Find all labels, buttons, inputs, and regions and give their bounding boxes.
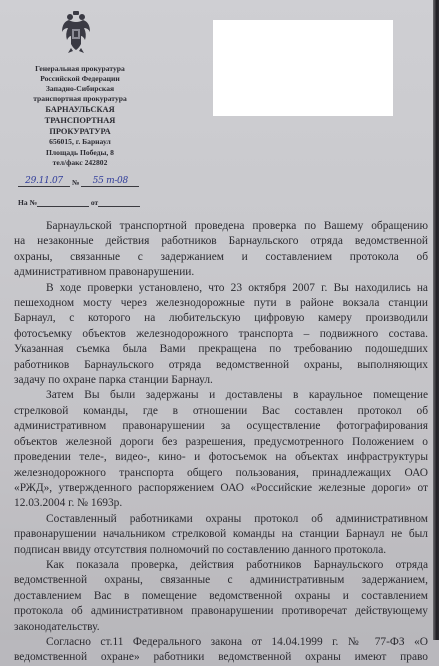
letterhead-org-name: ТРАНСПОРТНАЯ xyxy=(14,115,146,126)
text-line: железнодорожного транспорта общего польз… xyxy=(14,466,428,481)
incoming-number-label: На № xyxy=(18,198,37,207)
text-line: работников Барнаульского отряда ведомств… xyxy=(14,358,428,373)
letterhead: Генеральная прокуратура Российской Федер… xyxy=(14,64,146,169)
paragraph: Составленный работниками охраны протокол… xyxy=(14,512,428,558)
paragraph: Как показала проверка, действия работник… xyxy=(14,558,428,635)
letterhead-phone: тел/факс 242802 xyxy=(14,158,146,169)
text-line: ведомственной охраны, связанные с админи… xyxy=(14,573,428,588)
letter-body: Барнаульской транспортной проведена пров… xyxy=(14,219,428,640)
incoming-reference: На № от xyxy=(18,196,148,208)
text-line: стрелковой команды, где в отношении Вас … xyxy=(14,404,428,419)
text-line: пешеходном мосту через железнодорожные п… xyxy=(14,296,428,311)
text-line: фотосъемку объектов железнодорожного тра… xyxy=(14,327,428,342)
letterhead-line: Российской Федерации xyxy=(14,74,146,84)
text-line: охраны, связанные с задержанием и состав… xyxy=(14,250,428,265)
incoming-date-field xyxy=(98,196,140,207)
letterhead-org-name: ПРОКУРАТУРА xyxy=(14,126,146,137)
text-line: Затем Вы были задержаны и доставлены в к… xyxy=(14,388,428,403)
text-line: административном правонарушении. xyxy=(14,265,428,280)
outgoing-reference: 29.11.07 № 55 т-08 xyxy=(18,176,148,190)
text-line: В ходе проверки установлено, что 23 октя… xyxy=(14,281,428,296)
letterhead-line: Генеральная прокуратура xyxy=(14,64,146,74)
paragraph: Затем Вы были задержаны и доставлены в к… xyxy=(14,388,428,511)
paragraph: В ходе проверки установлено, что 23 октя… xyxy=(14,281,428,389)
text-line: Указанная съемка была Вами прекращена по… xyxy=(14,342,428,357)
text-line: Барнаул, с которого на любительскую цифр… xyxy=(14,311,428,326)
text-line: 12.03.2004 г. № 1693р. xyxy=(14,496,428,511)
text-line: административном правонарушении за осуще… xyxy=(14,419,428,434)
redacted-addressee-block xyxy=(213,20,393,116)
outgoing-date-field: 29.11.07 xyxy=(18,176,70,187)
incoming-number-field xyxy=(37,196,89,207)
outgoing-date: 29.11.07 xyxy=(25,176,63,186)
paragraph: Согласно ст.11 Федерального закона от 14… xyxy=(14,635,428,640)
text-line: доставлением Вас в помещение ведомственн… xyxy=(14,589,428,604)
text-line: Составленный работниками охраны протокол… xyxy=(14,512,428,527)
text-line: правонарушении начальником стрелковой ко… xyxy=(14,527,428,542)
letterhead-address: 656015, г. Барнаул xyxy=(14,137,146,148)
text-line: объектов железной дороги без разрешения,… xyxy=(14,435,428,450)
text-line: «РЖД», утвержденного распоряжением ОАО «… xyxy=(14,481,428,496)
outgoing-number: 55 т-08 xyxy=(93,176,128,186)
letterhead-org-name: БАРНАУЛЬСКАЯ xyxy=(14,104,146,115)
coat-of-arms-icon xyxy=(60,10,92,54)
text-line: законодательству. xyxy=(14,620,428,635)
text-line: подписан ввиду отсутствия полномочий по … xyxy=(14,543,428,558)
page-edge-shadow xyxy=(433,0,439,640)
incoming-from-label: от xyxy=(91,198,98,207)
outgoing-number-field: 55 т-08 xyxy=(81,176,139,187)
text-line: проведении теле-, видео-, кино- и фотосъ… xyxy=(14,450,428,465)
letterhead-line: транспортная прокуратура xyxy=(14,94,146,104)
text-line: Согласно ст.11 Федерального закона от 14… xyxy=(14,635,428,640)
letterhead-line: Западно-Сибирская xyxy=(14,84,146,94)
letterhead-address: Площадь Победы, 8 xyxy=(14,148,146,159)
text-line: Барнаульской транспортной проведена пров… xyxy=(14,219,428,234)
text-line: на незаконные действия работников Барнау… xyxy=(14,234,428,249)
text-line: протокола об административном правонаруш… xyxy=(14,604,428,619)
paragraph: Барнаульской транспортной проведена пров… xyxy=(14,219,428,281)
text-line: Как показала проверка, действия работник… xyxy=(14,558,428,573)
text-line: задачу по охране парка станции Барнаул. xyxy=(14,373,428,388)
number-label: № xyxy=(72,178,80,187)
